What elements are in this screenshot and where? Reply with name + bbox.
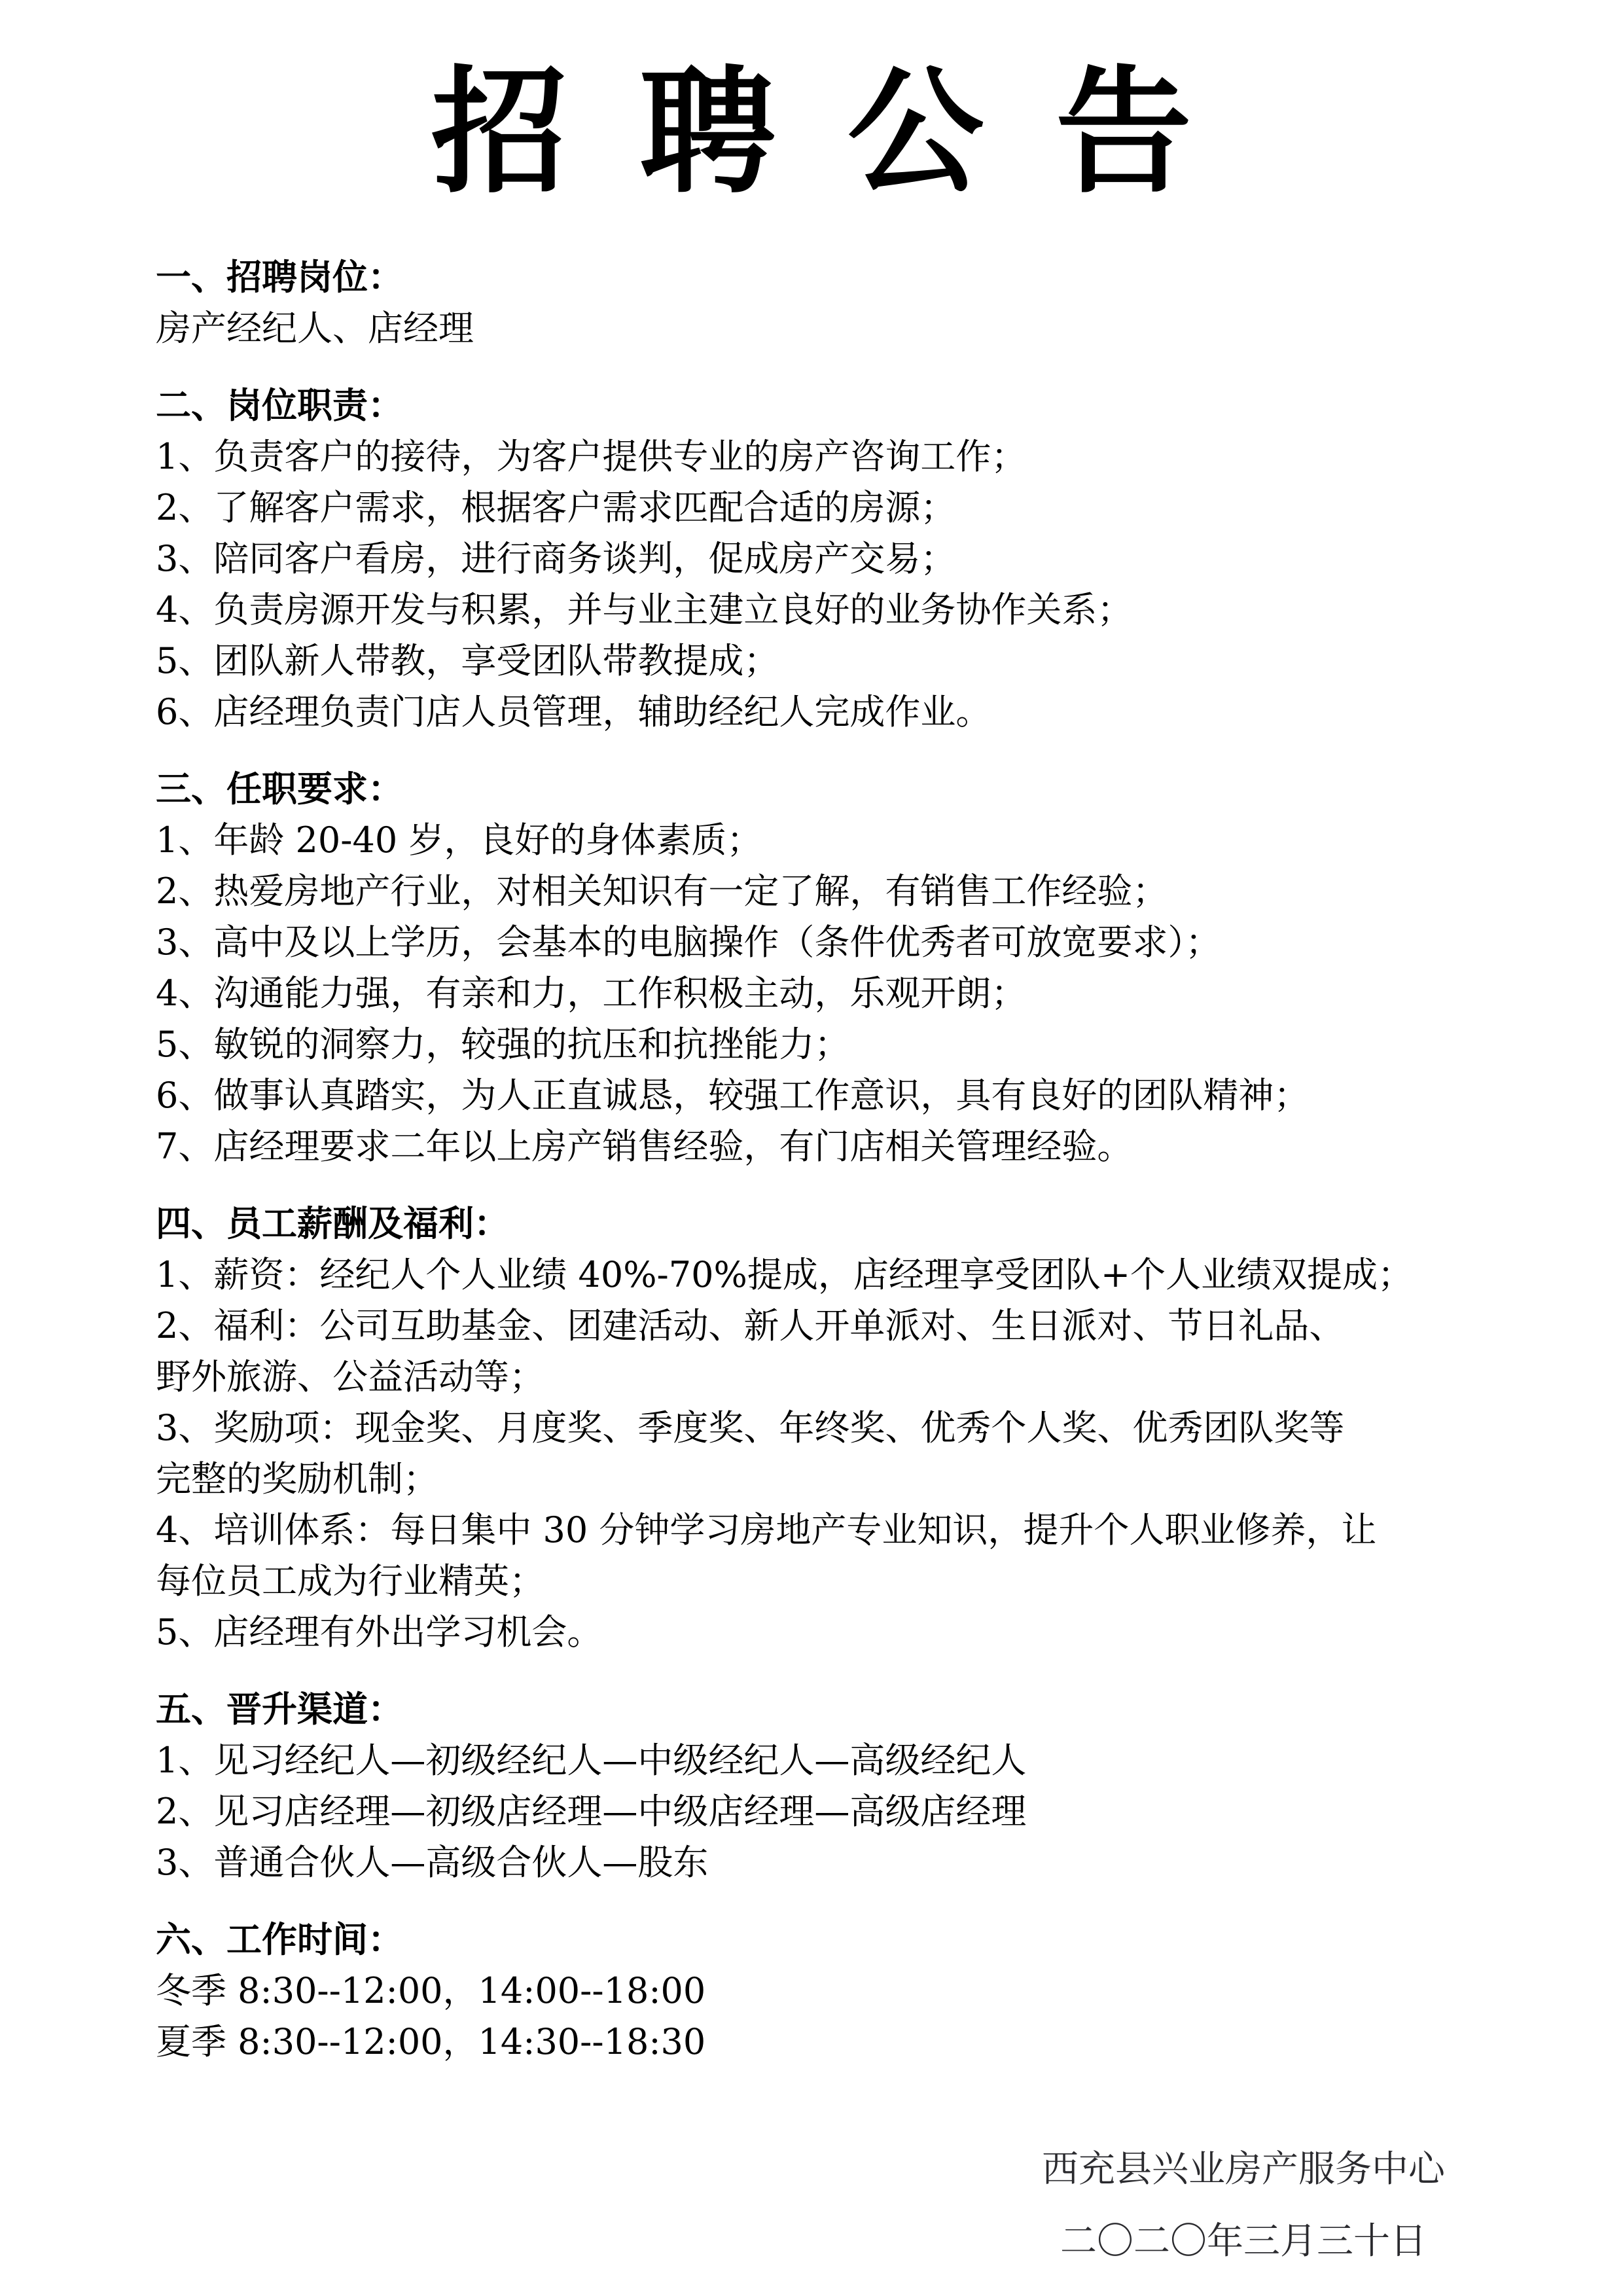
section-line: 4、负责房源开发与积累，并与业主建立良好的业务协作关系；: [156, 584, 1517, 636]
section-line: 1、负责客户的接待，为客户提供专业的房产咨询工作；: [156, 431, 1517, 482]
section-line: 3、普通合伙人—高级合伙人—股东: [156, 1837, 1517, 1888]
page-title: 招聘公告: [0, 54, 1623, 211]
section-line: 2、见习店经理—初级店经理—中级店经理—高级店经理: [156, 1786, 1517, 1837]
section-line: 野外旅游、公益活动等；: [156, 1352, 1517, 1403]
section-line: 1、薪资：经纪人个人业绩 40%-70%提成，店经理享受团队+个人业绩双提成；: [156, 1249, 1517, 1300]
section-line: 5、店经理有外出学习机会。: [156, 1607, 1517, 1658]
signature-organization: 西充县兴业房产服务中心: [982, 2134, 1505, 2206]
section-responsibilities: 二、岗位职责： 1、负责客户的接待，为客户提供专业的房产咨询工作； 2、了解客户…: [156, 380, 1517, 738]
section-line: 1、年龄 20-40 岁，良好的身体素质；: [156, 815, 1517, 866]
section-line: 4、培训体系：每日集中 30 分钟学习房地产专业知识，提升个人职业修养，让: [156, 1505, 1517, 1556]
section-line: 冬季 8:30--12:00，14:00--18:00: [156, 1965, 1517, 2017]
section-line: 每位员工成为行业精英；: [156, 1556, 1517, 1607]
section-positions: 一、招聘岗位： 房产经纪人、店经理: [156, 252, 1517, 354]
section-line: 2、福利：公司互助基金、团建活动、新人开单派对、生日派对、节日礼品、: [156, 1300, 1517, 1352]
section-heading: 三、任职要求：: [156, 764, 1517, 815]
section-line: 6、店经理负责门店人员管理，辅助经纪人完成作业。: [156, 687, 1517, 738]
section-heading: 四、员工薪酬及福利：: [156, 1198, 1517, 1249]
section-line: 5、团队新人带教，享受团队带教提成；: [156, 636, 1517, 687]
section-line: 完整的奖励机制；: [156, 1454, 1517, 1505]
document-body: 一、招聘岗位： 房产经纪人、店经理 二、岗位职责： 1、负责客户的接待，为客户提…: [156, 252, 1517, 2094]
signature-block: 西充县兴业房产服务中心 二〇二〇年三月三十日: [982, 2134, 1505, 2278]
section-line: 4、沟通能力强，有亲和力，工作积极主动，乐观开朗；: [156, 968, 1517, 1019]
section-line: 2、热爱房地产行业，对相关知识有一定了解，有销售工作经验；: [156, 866, 1517, 917]
section-line: 6、做事认真踏实，为人正直诚恳，较强工作意识，具有良好的团队精神；: [156, 1070, 1517, 1121]
section-promotion: 五、晋升渠道： 1、见习经纪人—初级经纪人—中级经纪人—高级经纪人 2、见习店经…: [156, 1684, 1517, 1888]
section-line: 3、陪同客户看房，进行商务谈判，促成房产交易；: [156, 533, 1517, 584]
section-heading: 六、工作时间：: [156, 1914, 1517, 1965]
section-line: 夏季 8:30--12:00，14:30--18:30: [156, 2017, 1517, 2068]
section-line: 1、见习经纪人—初级经纪人—中级经纪人—高级经纪人: [156, 1735, 1517, 1786]
section-compensation: 四、员工薪酬及福利： 1、薪资：经纪人个人业绩 40%-70%提成，店经理享受团…: [156, 1198, 1517, 1658]
section-line: 2、了解客户需求，根据客户需求匹配合适的房源；: [156, 482, 1517, 533]
section-heading: 一、招聘岗位：: [156, 252, 1517, 303]
section-line: 3、奖励项：现金奖、月度奖、季度奖、年终奖、优秀个人奖、优秀团队奖等: [156, 1403, 1517, 1454]
section-line: 7、店经理要求二年以上房产销售经验，有门店相关管理经验。: [156, 1121, 1517, 1172]
section-working-hours: 六、工作时间： 冬季 8:30--12:00，14:00--18:00 夏季 8…: [156, 1914, 1517, 2068]
section-line: 3、高中及以上学历，会基本的电脑操作（条件优秀者可放宽要求）；: [156, 917, 1517, 968]
section-line: 房产经纪人、店经理: [156, 303, 1517, 354]
section-line: 5、敏锐的洞察力，较强的抗压和抗挫能力；: [156, 1019, 1517, 1070]
section-requirements: 三、任职要求： 1、年龄 20-40 岁，良好的身体素质； 2、热爱房地产行业，…: [156, 764, 1517, 1172]
section-heading: 五、晋升渠道：: [156, 1684, 1517, 1735]
section-heading: 二、岗位职责：: [156, 380, 1517, 431]
signature-date: 二〇二〇年三月三十日: [982, 2206, 1505, 2278]
